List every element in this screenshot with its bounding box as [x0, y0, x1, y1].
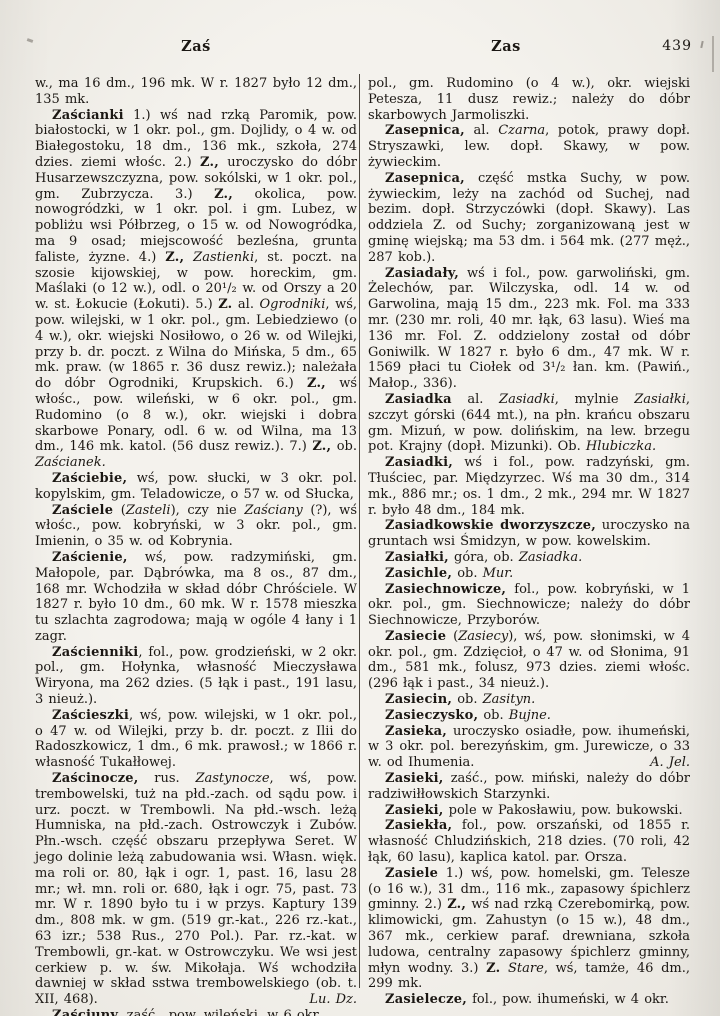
text-run: , mylnie	[555, 392, 634, 407]
text-run: ob.	[478, 708, 509, 723]
continuation-text: w., ma 16 dm., 196 mk. W r. 1827 było 12…	[35, 76, 357, 108]
entry-headword: Zasieczysko,	[385, 708, 478, 723]
entry-headword: Zaścienie,	[52, 550, 128, 565]
text-run: Z.	[486, 961, 500, 976]
dictionary-entry: Zaścienie, wś, pow. radzymiński, gm. Mał…	[35, 550, 357, 645]
dictionary-entry: Zasieki, pole w Pakosławiu, pow. bukowsk…	[368, 803, 690, 819]
entry-headword: Zasiecie	[385, 629, 446, 644]
entry-headword: Zasieki,	[385, 803, 444, 818]
entry-headword: Zasiadały,	[385, 266, 459, 281]
text-run: , wś, pow. trembowelski, tuż na płd.-zac…	[35, 771, 357, 1007]
text-run: al.	[452, 392, 499, 407]
text-run: Zastynocze	[195, 771, 269, 786]
dictionary-entry: Zasichle, ob. Mur.	[368, 566, 690, 582]
entry-headword: Zasieka,	[385, 724, 447, 739]
text-run: rus.	[139, 771, 196, 786]
text-run: Zastienki	[184, 250, 254, 265]
entry-headword: Zaściebie,	[52, 471, 127, 486]
text-run: Zasiałki	[634, 392, 686, 407]
entry-headword: Zasieki,	[385, 771, 444, 786]
text-run: wś i fol., pow. garwoliński, gm. Żelechó…	[368, 266, 690, 392]
dictionary-entry: Zasiekła, fol., pow. orszański, od 1855 …	[368, 818, 690, 865]
text-run: Hlubiczka.	[586, 439, 656, 454]
text-run: ob.	[452, 692, 483, 707]
entry-headword: Zaścianki	[52, 108, 124, 123]
text-run: w., ma 16 dm., 196 mk. W r. 1827 było 12…	[35, 76, 357, 107]
text-run: zaść., pow. wileński, w 6 okr.	[122, 1008, 322, 1016]
entry-headword: Zasepnica,	[385, 123, 465, 138]
text-run: Zasiecy	[458, 629, 508, 644]
text-run: Z.,	[214, 187, 233, 202]
text-run: Zaścianek.	[35, 455, 106, 470]
dictionary-entry: Zasiadały, wś i fol., pow. garwoliński, …	[368, 266, 690, 392]
dictionary-entry: Zaścianki 1.) wś nad rzką Paromik, pow. …	[35, 108, 357, 471]
text-run: Zaściany	[244, 503, 302, 518]
dictionary-entry: Zaścieszki, wś, pow. wilejski, w 1 okr. …	[35, 708, 357, 771]
entry-signature: Lu. Dz.	[292, 992, 357, 1008]
text-run: góra, ob.	[449, 550, 519, 565]
entry-headword: Zaścieszki	[52, 708, 129, 723]
entry-headword: Zasiecin,	[385, 692, 452, 707]
text-run: ob.	[331, 439, 357, 454]
entry-headword: Zaścienniki	[52, 645, 138, 660]
running-head-left-keyword: Zaś	[35, 38, 357, 55]
text-run: Z.,	[312, 439, 331, 454]
text-run: ob.	[452, 566, 483, 581]
text-run: Zasiadki	[499, 392, 555, 407]
dictionary-entry: Zasiecie (Zasiecy), wś, pow. słonimski, …	[368, 629, 690, 692]
text-run: Z.,	[447, 897, 466, 912]
text-run: pole w Pakosławiu, pow. bukowski.	[444, 803, 683, 818]
scan-artifact	[712, 36, 714, 72]
text-run: ), czy nie	[171, 503, 245, 518]
entry-headword: Zasiałki,	[385, 550, 449, 565]
text-run: Stare	[500, 961, 543, 976]
entry-headword: Zasichle,	[385, 566, 452, 581]
text-run: Mur.	[483, 566, 514, 581]
dictionary-entry: Zaścienniki, fol., pow. grodzieński, w 2…	[35, 645, 357, 708]
right-column: pol., gm. Rudomino (o 4 w.), okr. wiejsk…	[368, 76, 690, 1008]
text-run: al.	[232, 297, 259, 312]
text-run: Czarna	[498, 123, 545, 138]
text-run: Z.	[218, 297, 232, 312]
text-run: pol., gm. Rudomino (o 4 w.), okr. wiejsk…	[368, 76, 690, 123]
dictionary-entry: Zasiadkowskie dworzyszcze, uroczysko na …	[368, 518, 690, 550]
text-run: Z.,	[307, 376, 326, 391]
entry-headword: Zaściele	[52, 503, 113, 518]
entry-headword: Zaścinocze,	[52, 771, 139, 786]
entry-headword: Zasiadka	[385, 392, 452, 407]
dictionary-entry: Zaściele (Zasteli), czy nie Zaściany (?)…	[35, 503, 357, 550]
dictionary-entry: Zasiadki, wś i fol., pow. radzyński, gm.…	[368, 455, 690, 518]
entry-headword: Zasiekła,	[385, 818, 452, 833]
text-run: (	[446, 629, 458, 644]
dictionary-entry: Zaścinocze, rus. Zastynocze, wś, pow. tr…	[35, 771, 357, 1008]
text-run: Zasteli	[126, 503, 171, 518]
text-run: fol., pow. ihumeński, w 4 okr.	[467, 992, 669, 1007]
dictionary-page-scan: Zaś Zas 439 w., ma 16 dm., 196 mk. W r. …	[0, 0, 720, 1016]
continuation-text: pol., gm. Rudomino (o 4 w.), okr. wiejsk…	[368, 76, 690, 123]
dictionary-entry: Zasiele 1.) wś, pow. homelski, gm. Teles…	[368, 866, 690, 992]
dictionary-entry: Zasepnica, część mstka Suchy, w pow. żyw…	[368, 171, 690, 266]
dictionary-entry: Zasieki, zaść., pow. miński, należy do d…	[368, 771, 690, 803]
text-run: (	[113, 503, 126, 518]
dictionary-entry: Zaściuny, zaść., pow. wileński, w 6 okr.	[35, 1008, 357, 1016]
entry-headword: Zasiadkowskie dworzyszcze,	[385, 518, 596, 533]
text-run: Z.,	[200, 155, 219, 170]
dictionary-entry: Zasiechnowicze, fol., pow. kobryński, w …	[368, 582, 690, 629]
entry-signature: A. Jel.	[633, 755, 690, 771]
entry-headword: Zasepnica,	[385, 171, 465, 186]
dictionary-entry: Zasepnica, al. Czarna, potok, prawy dopł…	[368, 123, 690, 170]
text-run: Bujne.	[509, 708, 551, 723]
dictionary-entry: Zasieka, uroczysko osiadłe, pow. ihumeńs…	[368, 724, 690, 771]
entry-headword: Zasiadki,	[385, 455, 453, 470]
left-column: w., ma 16 dm., 196 mk. W r. 1827 było 12…	[35, 76, 357, 1016]
dictionary-entry: Zaściebie, wś, pow. słucki, w 3 okr. pol…	[35, 471, 357, 503]
dictionary-entry: Zasiałki, góra, ob. Zasiadka.	[368, 550, 690, 566]
text-run: Zasiadka.	[519, 550, 582, 565]
dictionary-entry: Zasieczysko, ob. Bujne.	[368, 708, 690, 724]
dictionary-entry: Zasiecin, ob. Zasityn.	[368, 692, 690, 708]
dictionary-entry: Zasiadka al. Zasiadki, mylnie Zasiałki, …	[368, 392, 690, 455]
running-head: Zaś Zas 439	[0, 38, 720, 58]
text-run: Z.,	[165, 250, 184, 265]
column-divider-rule	[359, 74, 360, 988]
entry-headword: Zasiele	[385, 866, 438, 881]
text-run: Zasityn.	[483, 692, 536, 707]
text-run: al.	[465, 123, 498, 138]
page-number: 439	[662, 38, 692, 54]
running-head-right-keyword: Zas	[368, 38, 644, 55]
text-run: Ogrodniki	[260, 297, 326, 312]
entry-headword: Zaściuny,	[52, 1008, 122, 1016]
entry-headword: Zasiechnowicze,	[385, 582, 506, 597]
entry-headword: Zasielecze,	[385, 992, 467, 1007]
dictionary-entry: Zasielecze, fol., pow. ihumeński, w 4 ok…	[368, 992, 690, 1008]
